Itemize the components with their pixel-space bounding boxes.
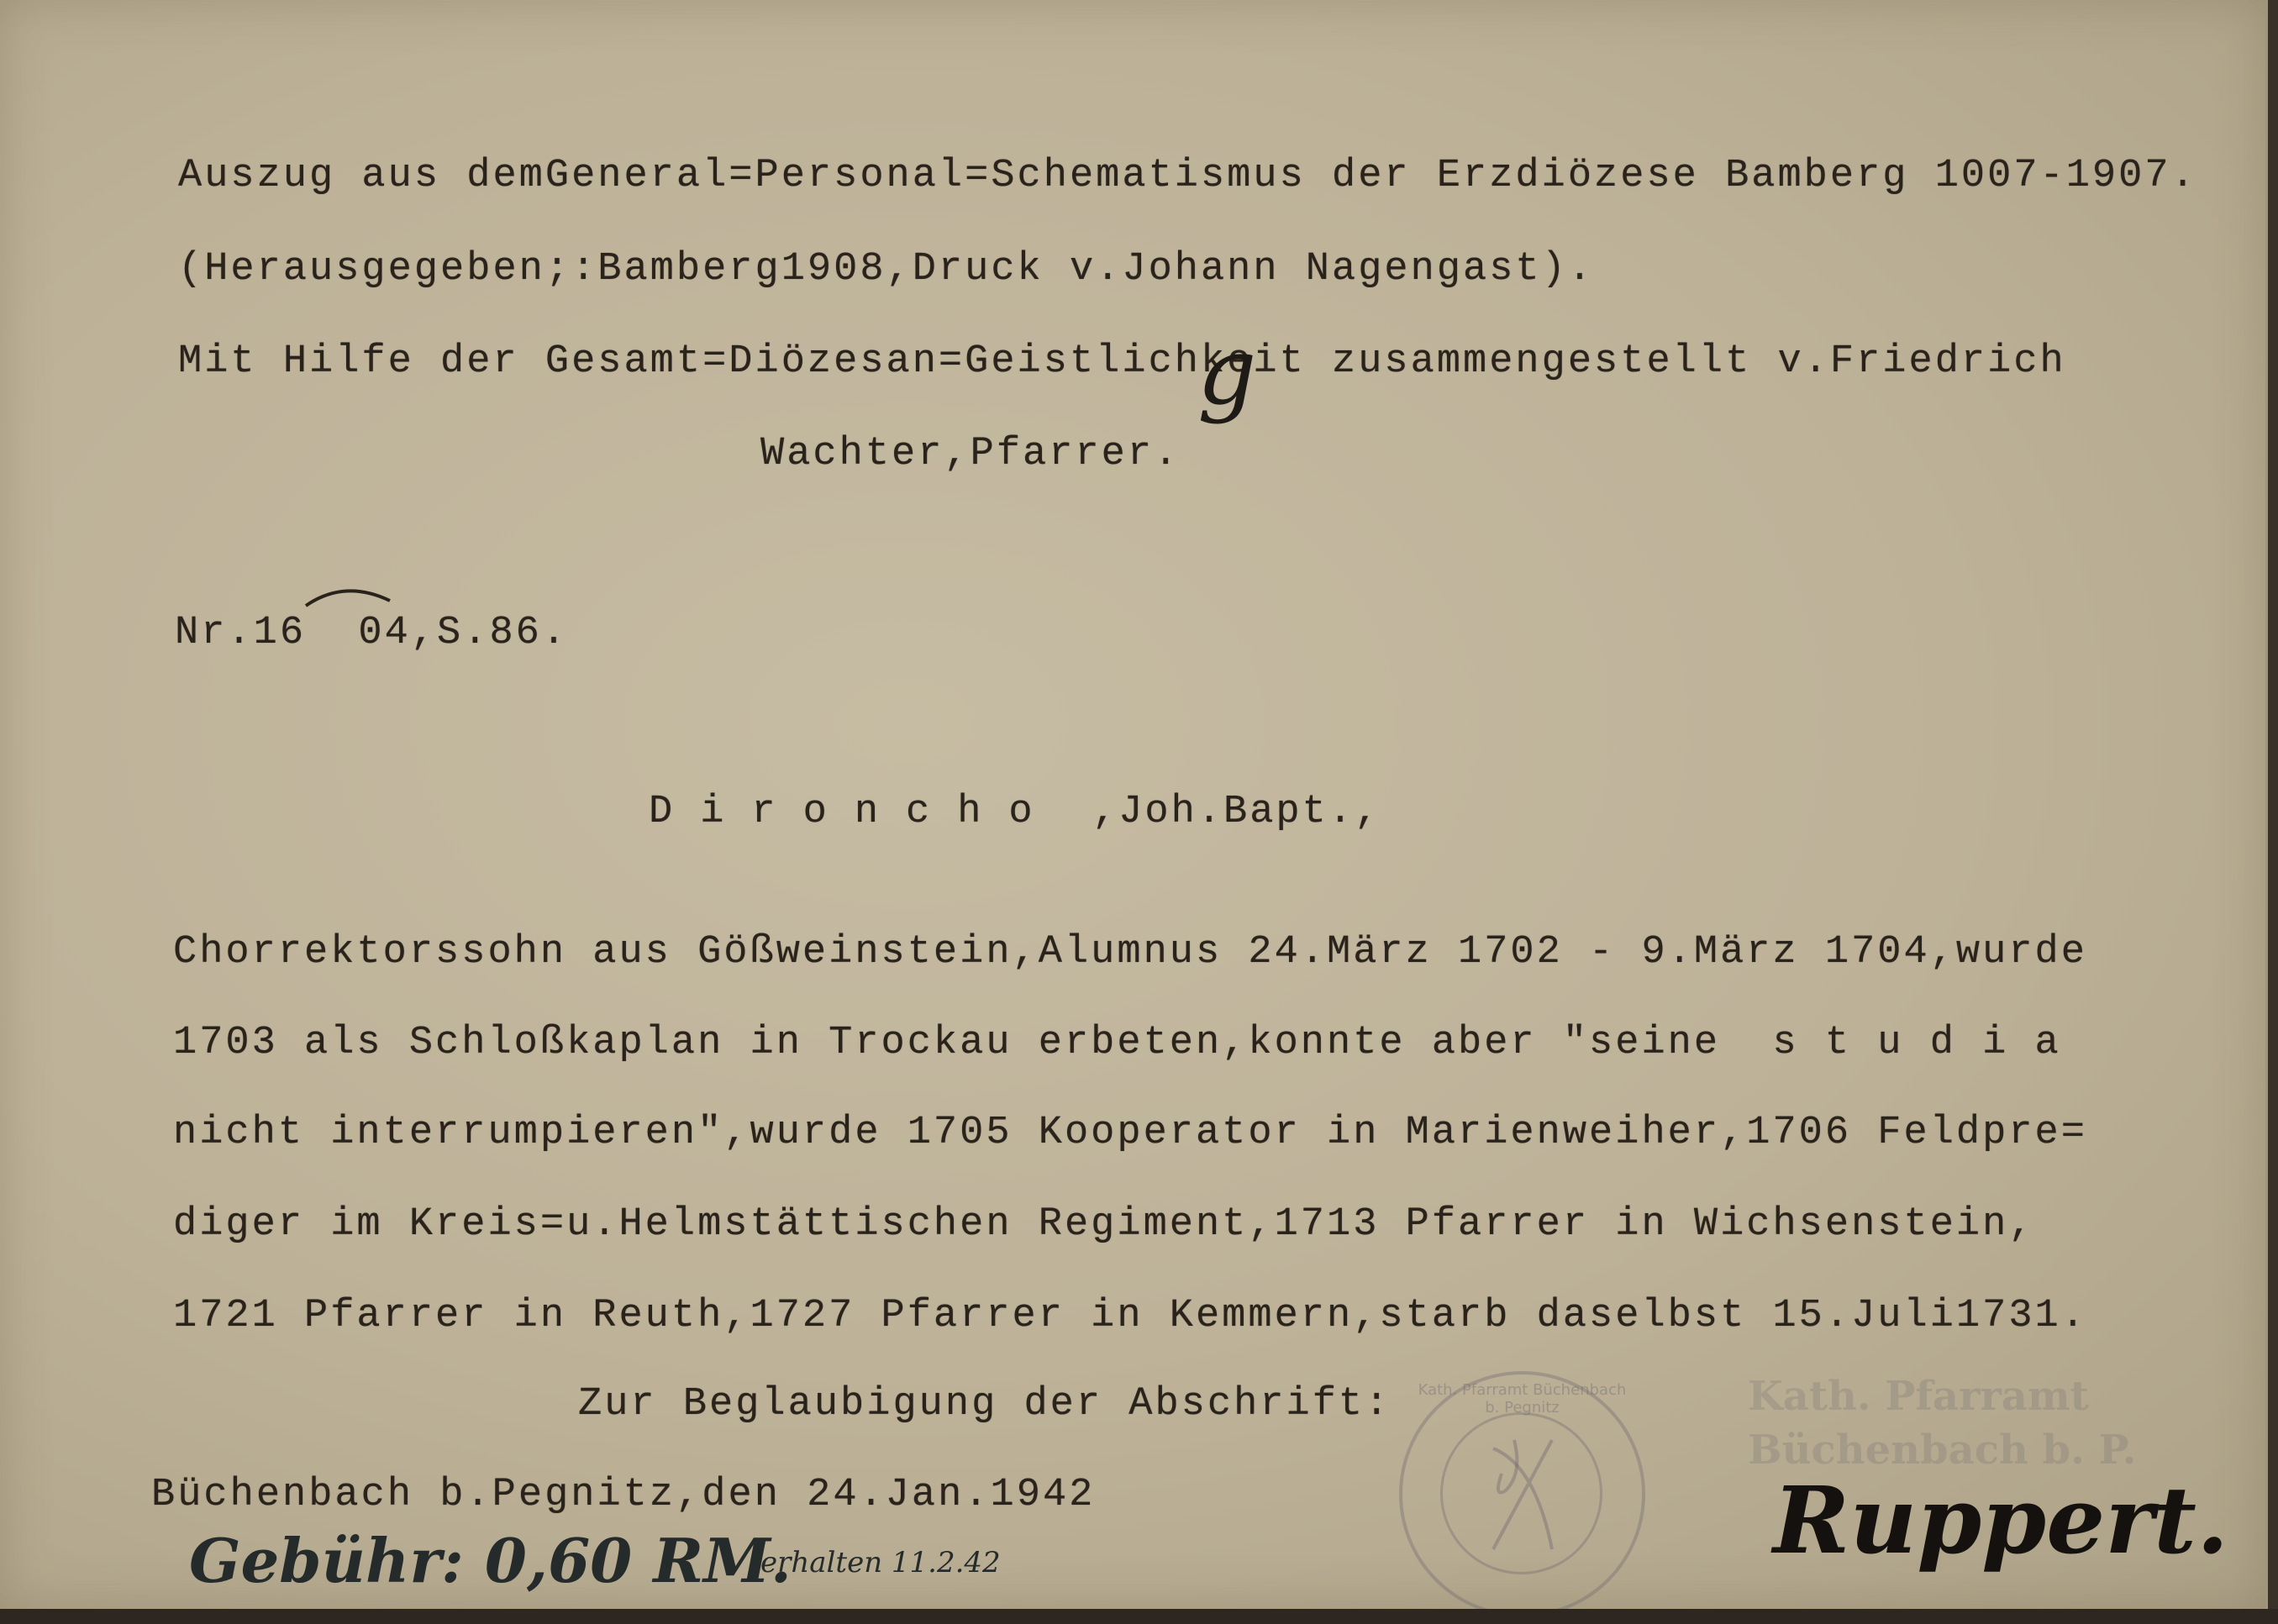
header-line-1: Auszug aus demGeneral=Personal=Schematis… — [178, 156, 2197, 196]
stamp-inner-ring — [1440, 1412, 1602, 1574]
entry-line-2: 1703 als Schloßkaplan in Trockau erbeten… — [173, 1023, 2061, 1063]
fee-note: Gebühr: 0,60 RM. — [189, 1525, 792, 1596]
ligature-arc-icon — [303, 584, 395, 609]
office-stamp-line-1: Kath. Pfarramt — [1748, 1373, 2089, 1420]
header-line-2: (Herausgegeben;:Bamberg1908,Druck v.Joha… — [178, 250, 1594, 289]
place-date: Büchenbach b.Pegnitz,den 24.Jan.1942 — [151, 1475, 1095, 1515]
signature: Ruppert. — [1773, 1466, 2228, 1574]
header-line-4: Wachter,Pfarrer. — [760, 434, 1180, 474]
reference-number: Nr.16 04,S.86. — [175, 613, 568, 653]
entry-surname: Dironcho — [649, 792, 1060, 832]
chi-rho-icon — [1443, 1415, 1600, 1572]
entry-line-4: diger im Kreis=u.Helmstättischen Regimen… — [173, 1205, 2035, 1244]
certification-label: Zur Beglaubigung der Abschrift: — [578, 1385, 1391, 1424]
page-bottom-edge — [0, 1609, 2278, 1624]
entry-given-name: ,Joh.Bapt., — [1092, 792, 1381, 832]
entry-line-5: 1721 Pfarrer in Reuth,1727 Pfarrer in Ke… — [173, 1296, 2087, 1336]
entry-line-3: nicht interrumpieren",wurde 1705 Koopera… — [173, 1113, 2087, 1153]
office-stamp: Kath. Pfarramt Büchenbach b. P. — [1748, 1369, 2136, 1477]
entry-line-1: Chorrektorssohn aus Gößweinstein,Alumnus… — [173, 933, 2087, 972]
receipt-note: erhalten 11.2.42 — [760, 1546, 1001, 1579]
parish-seal-stamp: Kath. Pfarramt Büchenbach b. Pegnitz — [1399, 1371, 1645, 1617]
document-page: Auszug aus demGeneral=Personal=Schematis… — [0, 0, 2268, 1609]
header-line-3: Mit Hilfe der Gesamt=Diözesan=Geistlichk… — [178, 342, 2066, 381]
handwritten-correction: g — [1197, 318, 1256, 425]
